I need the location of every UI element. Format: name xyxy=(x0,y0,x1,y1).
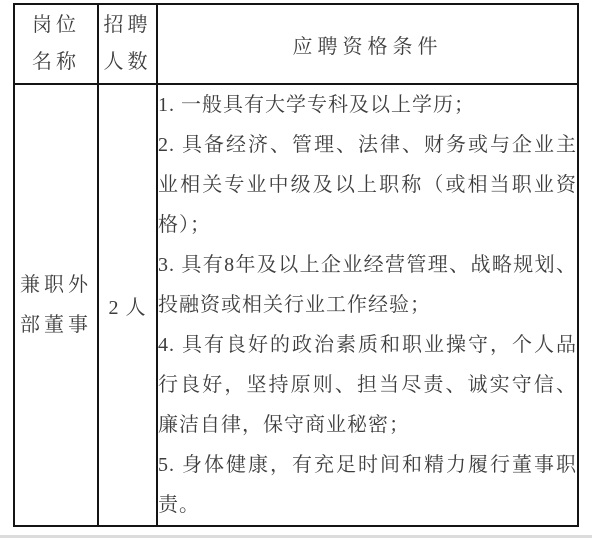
header-headcount-line-1: 招聘 xyxy=(99,7,156,44)
qualification-item-2: 2. 具备经济、管理、法律、财务或与企业主业相关专业中级及以上职称（或相当职业资… xyxy=(158,125,577,245)
qualification-item-3: 3. 具有8年及以上企业经营管理、战略规划、投融资或相关行业工作经验； xyxy=(158,245,577,325)
header-qualifications: 应聘资格条件 xyxy=(157,4,578,84)
cell-position-name: 兼职外 部董事 xyxy=(14,84,98,526)
header-position-line-2: 名称 xyxy=(15,44,97,81)
position-name-line-2: 部董事 xyxy=(15,305,97,345)
table-row: 兼职外 部董事 2 人 1. 一般具有大学专科及以上学历； 2. 具备经济、管理… xyxy=(14,84,578,526)
recruitment-table: 岗位 名称 招聘 人数 应聘资格条件 兼职外 部董事 2 人 1. 一般具有大学… xyxy=(13,3,579,527)
header-row: 岗位 名称 招聘 人数 应聘资格条件 xyxy=(14,4,578,84)
cell-headcount: 2 人 xyxy=(98,84,157,526)
header-position-line-1: 岗位 xyxy=(15,7,97,44)
header-headcount-line-2: 人数 xyxy=(99,44,156,81)
header-position-name: 岗位 名称 xyxy=(14,4,98,84)
position-name-line-1: 兼职外 xyxy=(15,265,97,305)
qualification-item-5: 5. 身体健康，有充足时间和精力履行董事职责。 xyxy=(158,445,577,525)
cell-qualifications: 1. 一般具有大学专科及以上学历； 2. 具备经济、管理、法律、财务或与企业主业… xyxy=(157,84,578,526)
qualification-item-4: 4. 具有良好的政治素质和职业操守，个人品行良好，坚持原则、担当尽责、诚实守信、… xyxy=(158,325,577,445)
qualification-item-1: 1. 一般具有大学专科及以上学历； xyxy=(158,85,577,125)
header-headcount: 招聘 人数 xyxy=(98,4,157,84)
